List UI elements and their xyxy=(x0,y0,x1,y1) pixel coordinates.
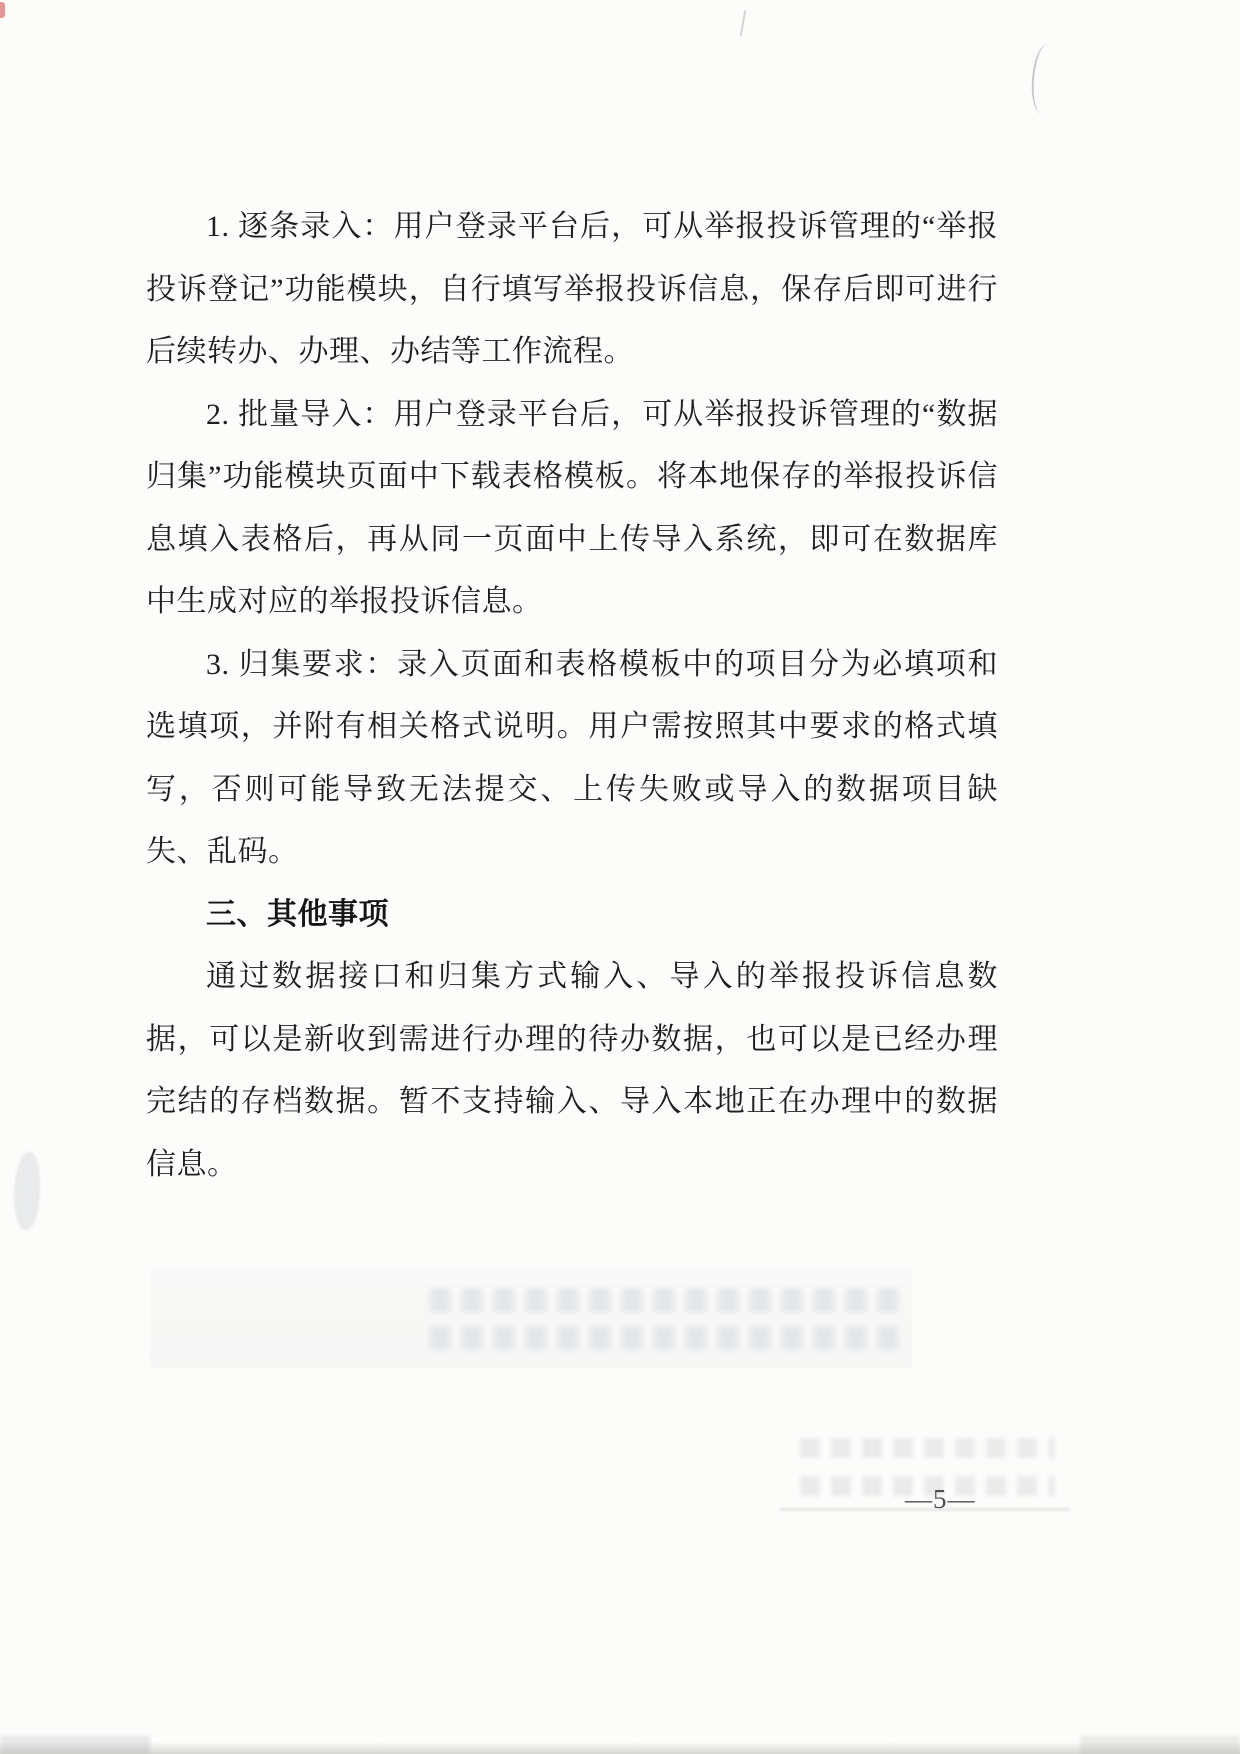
bleedthrough-text-row xyxy=(800,1438,1055,1458)
bleedthrough-band xyxy=(150,1268,912,1368)
page-number: —5— xyxy=(905,1484,976,1515)
body-paragraph-3: 3. 归集要求：录入页面和表格模板中的项目分为必填项和选填项，并附有相关格式说明… xyxy=(146,634,998,884)
body-paragraph-1: 1. 逐条录入：用户登录平台后，可从举报投诉管理的“举报投诉登记”功能模块，自行… xyxy=(146,196,998,384)
section-heading: 三、其他事项 xyxy=(146,884,998,947)
bleedthrough-text-row xyxy=(430,1326,898,1350)
scan-red-edge-mark xyxy=(0,2,5,18)
scan-paren-crease xyxy=(1029,43,1061,115)
body-paragraph-4: 通过数据接口和归集方式输入、导入的举报投诉信息数据，可以是新收到需进行办理的待办… xyxy=(146,946,998,1196)
scanned-document-page: 1. 逐条录入：用户登录平台后，可从举报投诉管理的“举报投诉登记”功能模块，自行… xyxy=(0,0,1240,1754)
scan-crease-tick xyxy=(740,10,746,36)
bleedthrough-text-row xyxy=(430,1288,898,1312)
document-text-block: 1. 逐条录入：用户登录平台后，可从举报投诉管理的“举报投诉登记”功能模块，自行… xyxy=(146,196,998,1196)
scan-left-smudge xyxy=(14,1152,40,1230)
scan-bottom-left-shadow xyxy=(0,1736,150,1754)
body-paragraph-2: 2. 批量导入：用户登录平台后，可从举报投诉管理的“数据归集”功能模块页面中下载… xyxy=(146,384,998,634)
scan-bottom-edge xyxy=(0,1742,1240,1754)
scan-bottom-right-shadow xyxy=(1080,1736,1240,1754)
